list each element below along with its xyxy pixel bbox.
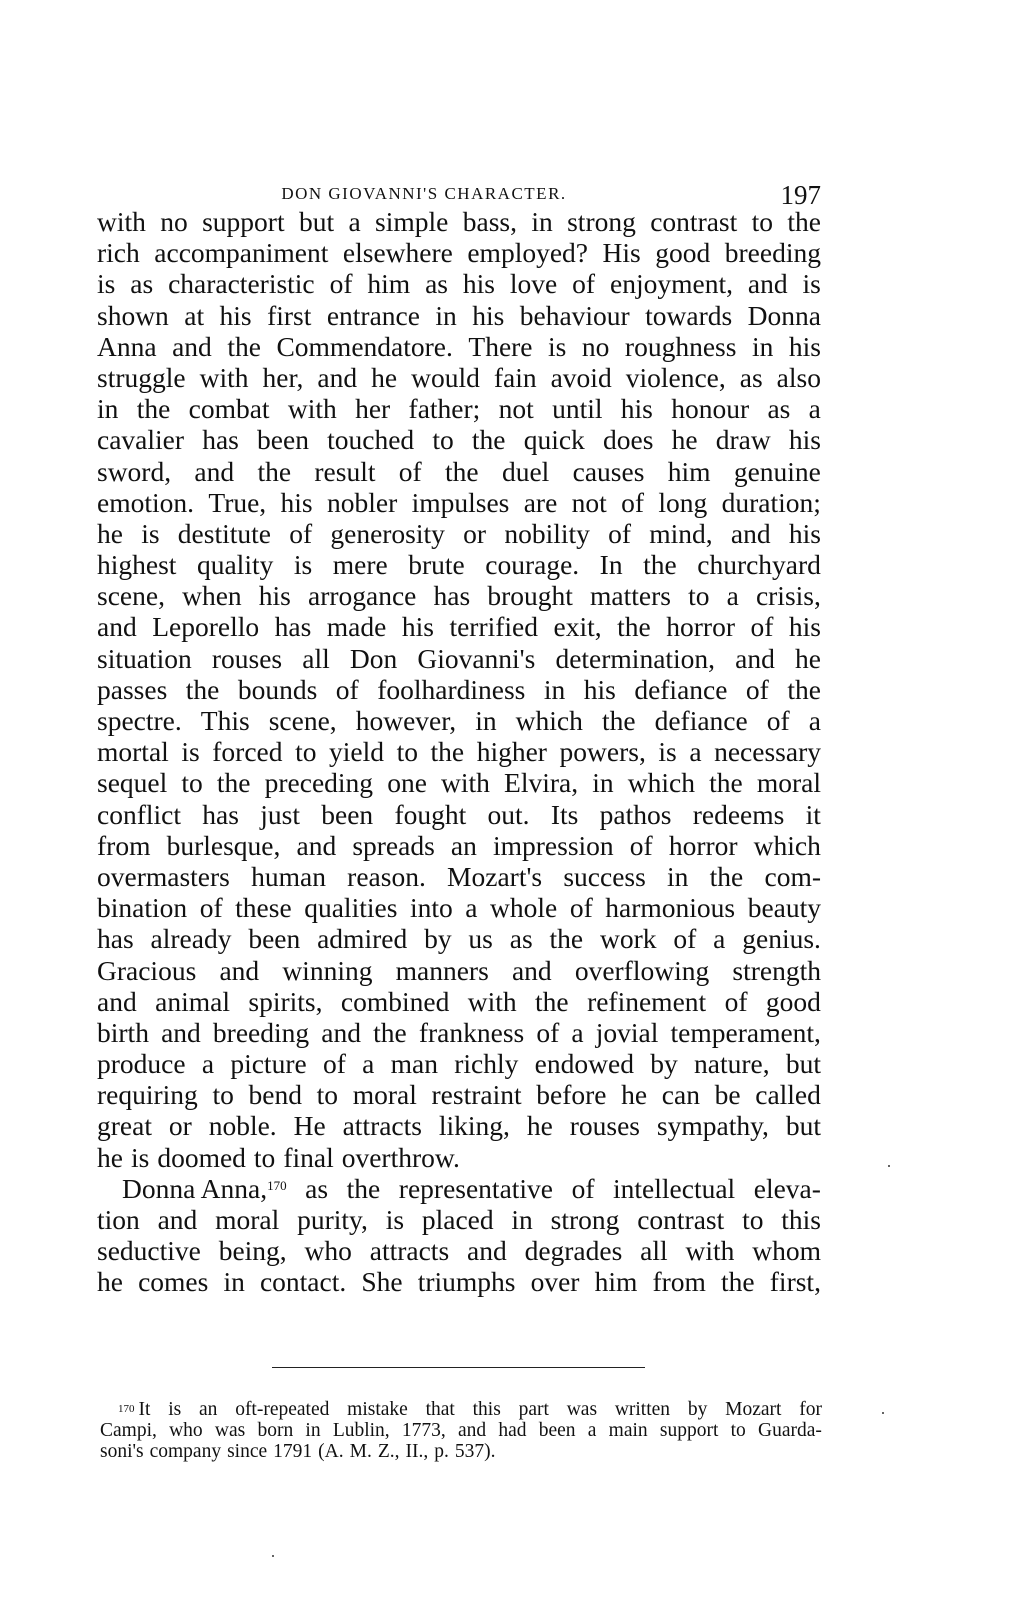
text-line: mortalisforcedtoyieldtothehigherpowers,i…: [97, 736, 821, 767]
text-line: hecomesincontact.Shetriumphsoverhimfromt…: [97, 1266, 821, 1297]
text-line: overmastershumanreason.Mozart'ssuccessin…: [97, 861, 821, 892]
text-line: scene,whenhisarrogancehasbroughtmatterst…: [97, 580, 821, 611]
text-line: emotion.True,hisnoblerimpulsesarenotoflo…: [97, 487, 821, 518]
text-line: sequeltotheprecedingonewithElvira,inwhic…: [97, 767, 821, 798]
footnote-marker: 170: [118, 1403, 135, 1415]
text-line: situationrousesallDonGiovanni'sdetermina…: [97, 643, 821, 674]
footnotes: 170It isanoft-repeatedmistakethatthispar…: [100, 1399, 822, 1462]
text-line: andLeporellohasmadehisterrifiedexit,theh…: [97, 611, 821, 642]
text-line: sword,andtheresultoftheduelcauseshimgenu…: [97, 456, 821, 487]
text-line: shownathisfirstentranceinhisbehaviourtow…: [97, 300, 821, 331]
text-line: produceapictureofamanrichlyendowedbynatu…: [97, 1048, 821, 1079]
body-text: withnosupportbutasimplebass,instrongcont…: [97, 206, 821, 1298]
book-page: Don Giovanni's Character. 197 withnosupp…: [0, 0, 1034, 1600]
text-line: fromburlesque,andspreadsanimpressionofho…: [97, 830, 821, 861]
scan-speck: [272, 1555, 274, 1557]
text-line: passestheboundsoffoolhardinessinhisdefia…: [97, 674, 821, 705]
text-line: AnnaandtheCommendatore.Thereisnoroughnes…: [97, 331, 821, 362]
text-line: withnosupportbutasimplebass,instrongcont…: [97, 206, 821, 237]
text-line: isascharacteristicofhimashisloveofenjoym…: [97, 268, 821, 299]
text-line: Donna Anna,170 astherepresentativeofinte…: [97, 1173, 821, 1204]
text-line: spectre.Thisscene,however,inwhichthedefi…: [97, 705, 821, 736]
scan-speck: [888, 1165, 890, 1167]
paragraph-2: Donna Anna,170 astherepresentativeofinte…: [97, 1173, 821, 1298]
text-line: heisdestituteofgenerosityornobilityofmin…: [97, 518, 821, 549]
text-line: inthecombatwithherfather;notuntilhishono…: [97, 393, 821, 424]
footnote-line: Campi,whowasborninLublin,1773,andhadbeen…: [100, 1420, 822, 1441]
text-line: conflicthasjustbeenfoughtout.Itspathosre…: [97, 799, 821, 830]
text-line: requiringtobendtomoralrestraintbeforehec…: [97, 1079, 821, 1110]
scan-speck: [882, 1412, 884, 1414]
footnote-line: soni'scompanysince1791(A.M.Z.,II.,p.537)…: [100, 1441, 822, 1462]
running-title: Don Giovanni's Character.: [97, 184, 821, 204]
text-line: andanimalspirits,combinedwiththerefineme…: [97, 986, 821, 1017]
text-line: cavalierhasbeentouchedtothequickdoeshedr…: [97, 424, 821, 455]
text-line: binationofthesequalitiesintoawholeofharm…: [97, 892, 821, 923]
text-line: Graciousandwinningmannersandoverflowings…: [97, 955, 821, 986]
text-line: seductivebeing,whoattractsanddegradesall…: [97, 1235, 821, 1266]
text-line: heisdoomedtofinaloverthrow.: [97, 1142, 821, 1173]
text-line: hasalreadybeenadmiredbyusastheworkofagen…: [97, 923, 821, 954]
footnote-line: 170It isanoft-repeatedmistakethatthispar…: [100, 1399, 822, 1420]
text-line: greatornoble.Heattractsliking,herousessy…: [97, 1110, 821, 1141]
text-fragment: Donna Anna,: [122, 1173, 267, 1204]
text-line: strugglewithher,andhewouldfainavoidviole…: [97, 362, 821, 393]
text-line: birthandbreedingandthefranknessofajovial…: [97, 1017, 821, 1048]
paragraph-1: withnosupportbutasimplebass,instrongcont…: [97, 206, 821, 1173]
footnote-divider: [272, 1367, 645, 1368]
footnote-reference[interactable]: 170: [267, 1178, 287, 1193]
text-line: tionandmoralpurity,isplacedinstrongcontr…: [97, 1204, 821, 1235]
text-line: richaccompanimentelsewhereemployed?Hisgo…: [97, 237, 821, 268]
text-line: highestqualityismerebrutecourage.Inthech…: [97, 549, 821, 580]
